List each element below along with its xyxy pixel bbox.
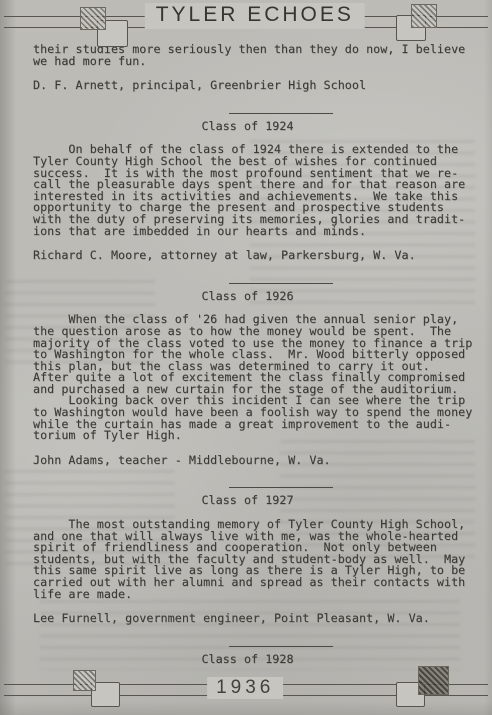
page-title: TYLER ECHOES [145,3,365,29]
section-heading: Class of 1928 [25,654,470,666]
hatched-square-icon [80,7,106,30]
section-signature: John Adams, teacher - Middlebourne, W. V… [33,455,479,467]
section-signature: Richard C. Moore, attorney at law, Parke… [33,250,479,262]
section-divider [229,283,333,284]
section-class-of-1928: Class of 1928 [33,646,479,666]
section-class-of-1924: Class of 1924 On behalf of the class of … [33,113,479,262]
section-heading: Class of 1924 [25,121,470,133]
footer-year: 1936 [207,677,283,699]
section-paragraph: The most outstanding memory of Tyler Cou… [33,519,479,600]
yearbook-page: TYLER ECHOES their studies more seriousl… [0,0,492,715]
section-divider [229,487,333,488]
hatched-square-icon [418,666,449,695]
section-class-of-1927: Class of 1927 The most outstanding memor… [33,487,479,624]
hatched-square-icon [73,670,96,691]
section-heading: Class of 1927 [25,495,470,507]
intro-paragraph: their studies more seriously then than t… [33,44,479,67]
hatched-square-icon [411,4,437,28]
section-heading: Class of 1926 [25,291,470,303]
section-paragraph: On behalf of the class of 1924 there is … [33,144,479,237]
intro-signature: D. F. Arnett, principal, Greenbrier High… [33,80,479,92]
section-paragraph: When the class of '26 had given the annu… [33,314,479,442]
section-signature: Lee Furnell, government engineer, Point … [33,613,479,625]
page-content: their studies more seriously then than t… [33,44,479,665]
section-class-of-1926: Class of 1926 When the class of '26 had … [33,283,479,467]
section-divider [229,646,333,647]
section-divider [229,113,333,114]
